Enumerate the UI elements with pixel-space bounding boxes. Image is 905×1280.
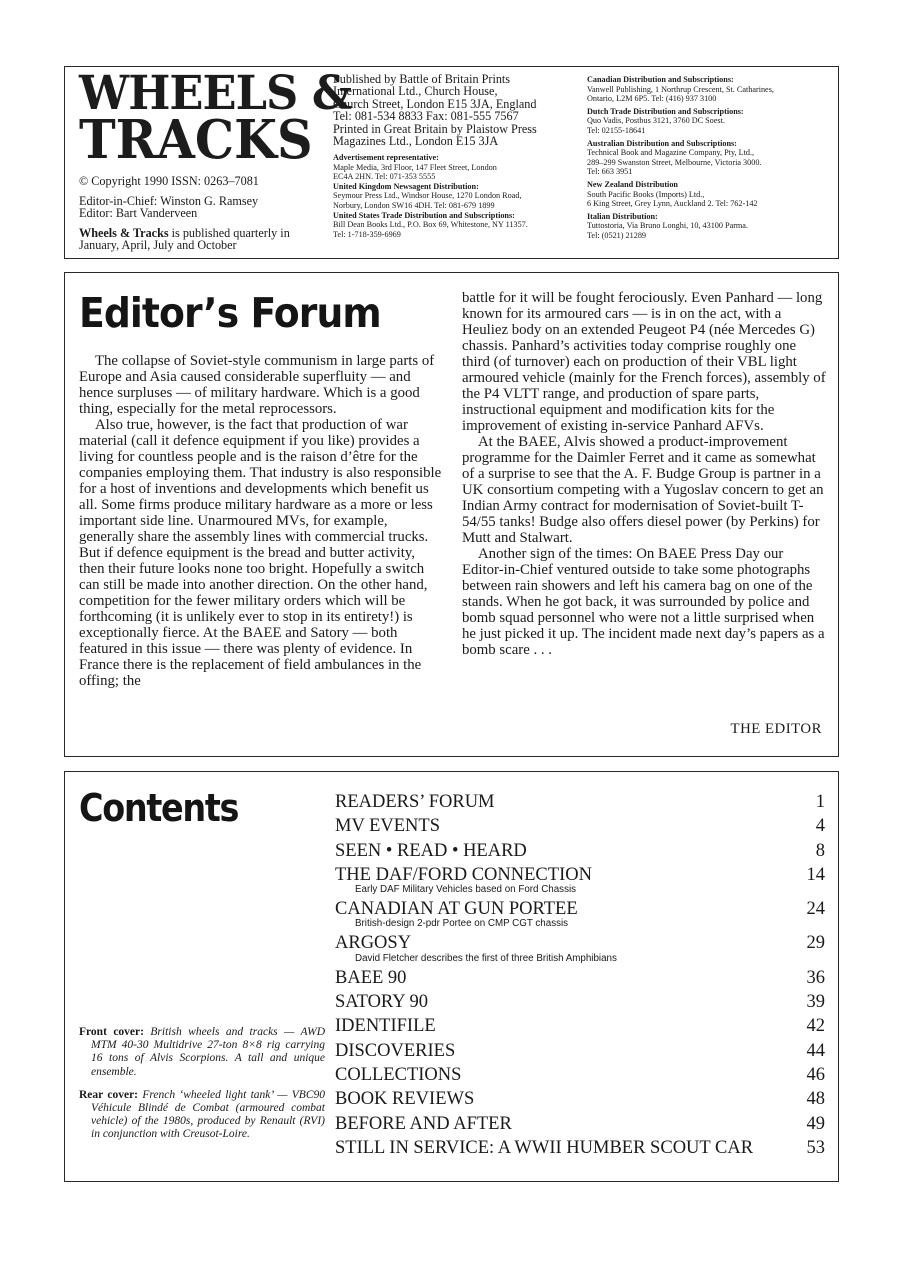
toc-entry[interactable]: SATORY 9039 (335, 990, 825, 1014)
magazine-logo: WHEELS & TRACKS (79, 71, 329, 163)
toc-page: 36 (807, 966, 826, 990)
toc-entry[interactable]: ARGOSY29David Fletcher describes the fir… (335, 931, 825, 963)
distribution-line: Bill Dean Books Ltd., P.O. Box 69, White… (333, 220, 581, 230)
toc-subtitle: David Fletcher describes the first of th… (355, 954, 825, 964)
distribution-line: 289–299 Swanston Street, Melbourne, Vict… (587, 158, 837, 168)
toc-entry[interactable]: THE DAF/FORD CONNECTION14Early DAF Milit… (335, 863, 825, 895)
distribution-heading: New Zealand Distribution (587, 180, 837, 190)
toc-entry[interactable]: READERS’ FORUM1 (335, 790, 825, 814)
cover-captions: Front cover: British wheels and tracks —… (79, 1026, 325, 1152)
toc-page: 1 (816, 790, 825, 814)
editor-signoff: THE EDITOR (731, 721, 822, 738)
toc-title: IDENTIFILE (335, 1014, 436, 1038)
publisher-line: Magazines Ltd., London E15 3JA (333, 135, 578, 147)
toc-entry[interactable]: IDENTIFILE42 (335, 1014, 825, 1038)
toc-page: 39 (807, 990, 826, 1014)
front-cover-caption: Front cover: British wheels and tracks —… (79, 1026, 325, 1079)
toc-title: BEFORE AND AFTER (335, 1112, 512, 1136)
forum-column-left: The collapse of Soviet-style communism i… (79, 353, 444, 689)
distribution-line: Tel: 1-718-359-6969 (333, 230, 581, 240)
toc-page: 42 (807, 1014, 826, 1038)
distribution-line: Technical Book and Magazine Company, Pty… (587, 148, 837, 158)
toc-page: 46 (807, 1063, 826, 1087)
distribution-line: Tuttostoria, Via Bruno Longhi, 10, 43100… (587, 221, 837, 231)
editor: Editor: Bart Vanderveen (79, 207, 329, 220)
toc-entry[interactable]: DISCOVERIES44 (335, 1039, 825, 1063)
distribution-line: 6 King Street, Grey Lynn, Auckland 2. Te… (587, 199, 837, 209)
toc-subtitle: British-design 2-pdr Portee on CMP CGT c… (355, 919, 825, 929)
distribution-line: Vanwell Publishing, 1 Northrup Crescent,… (587, 85, 837, 95)
toc-title: COLLECTIONS (335, 1063, 461, 1087)
toc-title: MV EVENTS (335, 814, 440, 838)
toc-entry[interactable]: SEEN • READ • HEARD8 (335, 839, 825, 863)
publisher-line: International Ltd., Church House, (333, 85, 578, 97)
distribution-group-dutch: Dutch Trade Distribution and Subscriptio… (587, 107, 837, 136)
toc-page: 8 (816, 839, 825, 863)
forum-paragraph: At the BAEE, Alvis showed a product-impr… (462, 434, 827, 546)
logo-line-2: TRACKS (79, 117, 312, 163)
distribution-group-italy: Italian Distribution: Tuttostoria, Via B… (587, 212, 837, 241)
distribution-line: Seymour Press Ltd., Windsor House, 1270 … (333, 191, 581, 201)
rear-cover-caption: Rear cover: French ‘wheeled light tank’ … (79, 1089, 325, 1142)
editors: Editor-in-Chief: Winston G. Ramsey Edito… (79, 195, 329, 220)
distribution-group-new-zealand: New Zealand Distribution South Pacific B… (587, 180, 837, 209)
masthead-box: WHEELS & TRACKS © Copyright 1990 ISSN: 0… (64, 66, 839, 259)
forum-paragraph: Also true, however, is the fact that pro… (79, 417, 444, 689)
distribution-line: Quo Vadis, Postbus 3121, 3760 DC Soest. (587, 116, 837, 126)
toc-entry[interactable]: BEFORE AND AFTER49 (335, 1112, 825, 1136)
toc-title: READERS’ FORUM (335, 790, 495, 814)
distribution-heading: Dutch Trade Distribution and Subscriptio… (587, 107, 837, 117)
publisher-info: Published by Battle of Britain Prints In… (333, 73, 578, 147)
toc-page: 29 (807, 931, 826, 955)
forum-paragraph: battle for it will be fought ferociously… (462, 290, 827, 434)
distribution-group-australia: Australian Distribution and Subscription… (587, 139, 837, 177)
distribution-line: South Pacific Books (Imports) Ltd., (587, 190, 837, 200)
toc-entry[interactable]: CANADIAN AT GUN PORTEE24British-design 2… (335, 897, 825, 929)
toc-entry[interactable]: STILL IN SERVICE: A WWII HUMBER SCOUT CA… (335, 1136, 825, 1160)
contents-box: Contents READERS’ FORUM1 MV EVENTS4 SEEN… (64, 771, 839, 1182)
distribution-line: Tel: 02155-18641 (587, 126, 837, 136)
toc-entry[interactable]: BOOK REVIEWS48 (335, 1087, 825, 1111)
distribution-line: Maple Media, 3rd Floor, 147 Fleet Street… (333, 163, 581, 173)
copyright-line: © Copyright 1990 ISSN: 0263–7081 (79, 175, 329, 188)
editors-forum-box: Editor’s Forum The collapse of Soviet-st… (64, 272, 839, 757)
toc-title: DISCOVERIES (335, 1039, 455, 1063)
distribution-heading: Advertisement representative: (333, 153, 581, 163)
publisher-line: Tel: 081-534 8833 Fax: 081-555 7567 (333, 110, 578, 122)
distribution-middle: Advertisement representative: Maple Medi… (333, 153, 581, 239)
distribution-heading: Australian Distribution and Subscription… (587, 139, 837, 149)
toc-title: SEEN • READ • HEARD (335, 839, 527, 863)
toc-page: 24 (807, 897, 826, 921)
editors-forum-title: Editor’s Forum (79, 289, 381, 337)
toc-page: 14 (807, 863, 826, 887)
toc-title: BAEE 90 (335, 966, 406, 990)
toc-entry[interactable]: MV EVENTS4 (335, 814, 825, 838)
distribution-heading: Canadian Distribution and Subscriptions: (587, 75, 837, 85)
toc-entry[interactable]: COLLECTIONS46 (335, 1063, 825, 1087)
distribution-line: Ontario, L2M 6P5. Tel: (416) 937 3100 (587, 94, 837, 104)
distribution-line: Norbury, London SW16 4DH. Tel: 081-679 1… (333, 201, 581, 211)
distribution-line: EC4A 2HN. Tel: 071-353 5555 (333, 172, 581, 182)
distribution-line: Tel: 663 3951 (587, 167, 837, 177)
toc-entry[interactable]: BAEE 9036 (335, 966, 825, 990)
distribution-heading: Italian Distribution: (587, 212, 837, 222)
toc-page: 48 (807, 1087, 826, 1111)
rear-cover-label: Rear cover: (79, 1089, 138, 1101)
toc-title: STILL IN SERVICE: A WWII HUMBER SCOUT CA… (335, 1136, 753, 1160)
distribution-heading: United States Trade Distribution and Sub… (333, 211, 581, 221)
distribution-heading: United Kingdom Newsagent Distribution: (333, 182, 581, 192)
toc-title: SATORY 90 (335, 990, 428, 1014)
imprint-info: © Copyright 1990 ISSN: 0263–7081 Editor-… (79, 175, 329, 252)
toc-page: 44 (807, 1039, 826, 1063)
toc-page: 49 (807, 1112, 826, 1136)
frequency-note: Wheels & Tracks is published quarterly i… (79, 227, 329, 252)
distribution-line: Tel: (0521) 21289 (587, 231, 837, 241)
forum-column-right: battle for it will be fought ferociously… (462, 290, 827, 658)
distribution-group-canada: Canadian Distribution and Subscriptions:… (587, 75, 837, 104)
front-cover-label: Front cover: (79, 1026, 144, 1038)
toc-page: 4 (816, 814, 825, 838)
toc-title: BOOK REVIEWS (335, 1087, 474, 1111)
forum-paragraph: The collapse of Soviet-style communism i… (79, 353, 444, 417)
distribution-right: Canadian Distribution and Subscriptions:… (587, 75, 837, 244)
toc-page: 53 (807, 1136, 826, 1160)
contents-title: Contents (79, 786, 238, 830)
table-of-contents: READERS’ FORUM1 MV EVENTS4 SEEN • READ •… (335, 790, 825, 1160)
forum-paragraph: Another sign of the times: On BAEE Press… (462, 546, 827, 658)
